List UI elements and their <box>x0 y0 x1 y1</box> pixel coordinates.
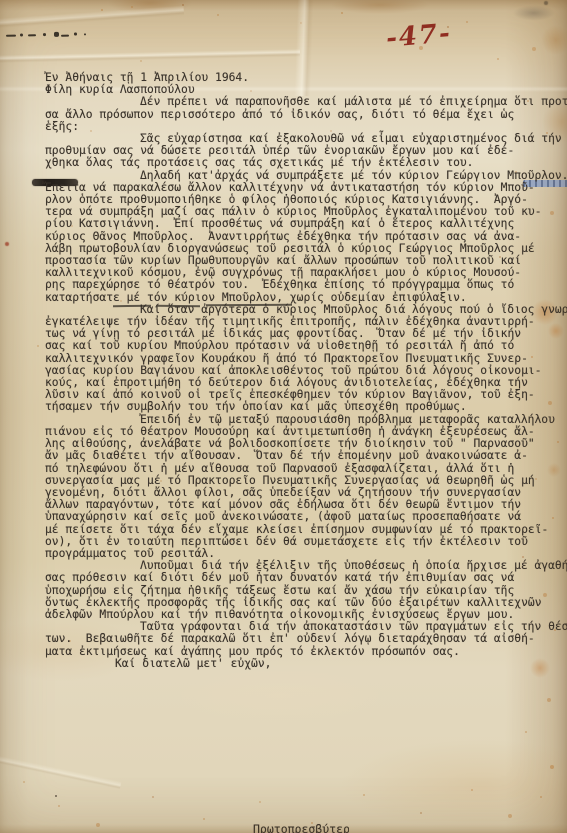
letter-body: Ἐν Ἀθήναις τῇ 1 Ἀπριλίου 1964. Φίλη κυρί… <box>45 72 545 670</box>
paper-crease <box>0 755 121 790</box>
foxing-spots <box>0 0 2 2</box>
letter-page: -47- Ἐν Ἀθήναις τῇ 1 Ἀπριλίου 1964. Φίλη… <box>0 0 567 833</box>
paper-crease <box>0 49 300 63</box>
paper-crease <box>0 5 184 28</box>
paragraph-4: Καί ὅταν ἀργότερα ὁ κύριος Μποῦρλος διά … <box>45 304 545 414</box>
paragraph-5: Ἐπειδή ἐν τῷ μεταξύ παρουσιάσθη πρόβλημα… <box>45 414 545 560</box>
closing-line: Καί διατελῶ μετ' εὐχῶν, <box>45 658 545 670</box>
paragraph-7: Ταῦτα γράφονται διά τήν ἀποκαταστάσιν τῶ… <box>45 621 545 658</box>
ink-specks <box>6 30 92 39</box>
signature-partial: Πρωτοπρεσβύτερος <box>253 823 349 833</box>
handwritten-page-number: -47- <box>385 16 477 54</box>
paragraph-6: Λυποῦμαι διά τήν ἐξέλιξιν τῆς ὑποθέσεως … <box>45 560 545 621</box>
paragraph-1: Δέν πρέπει νά παραπονῆσθε καί μάλιστα μέ… <box>45 96 545 133</box>
paragraph-2: Σᾶς εὐχαρίστησα καί ἐξακολουθῶ νά εἶμαι … <box>45 133 545 170</box>
paragraph-3: Δηλαδή κατ'ἀρχάς νά συμπράξετε μέ τόν κύ… <box>45 170 545 304</box>
